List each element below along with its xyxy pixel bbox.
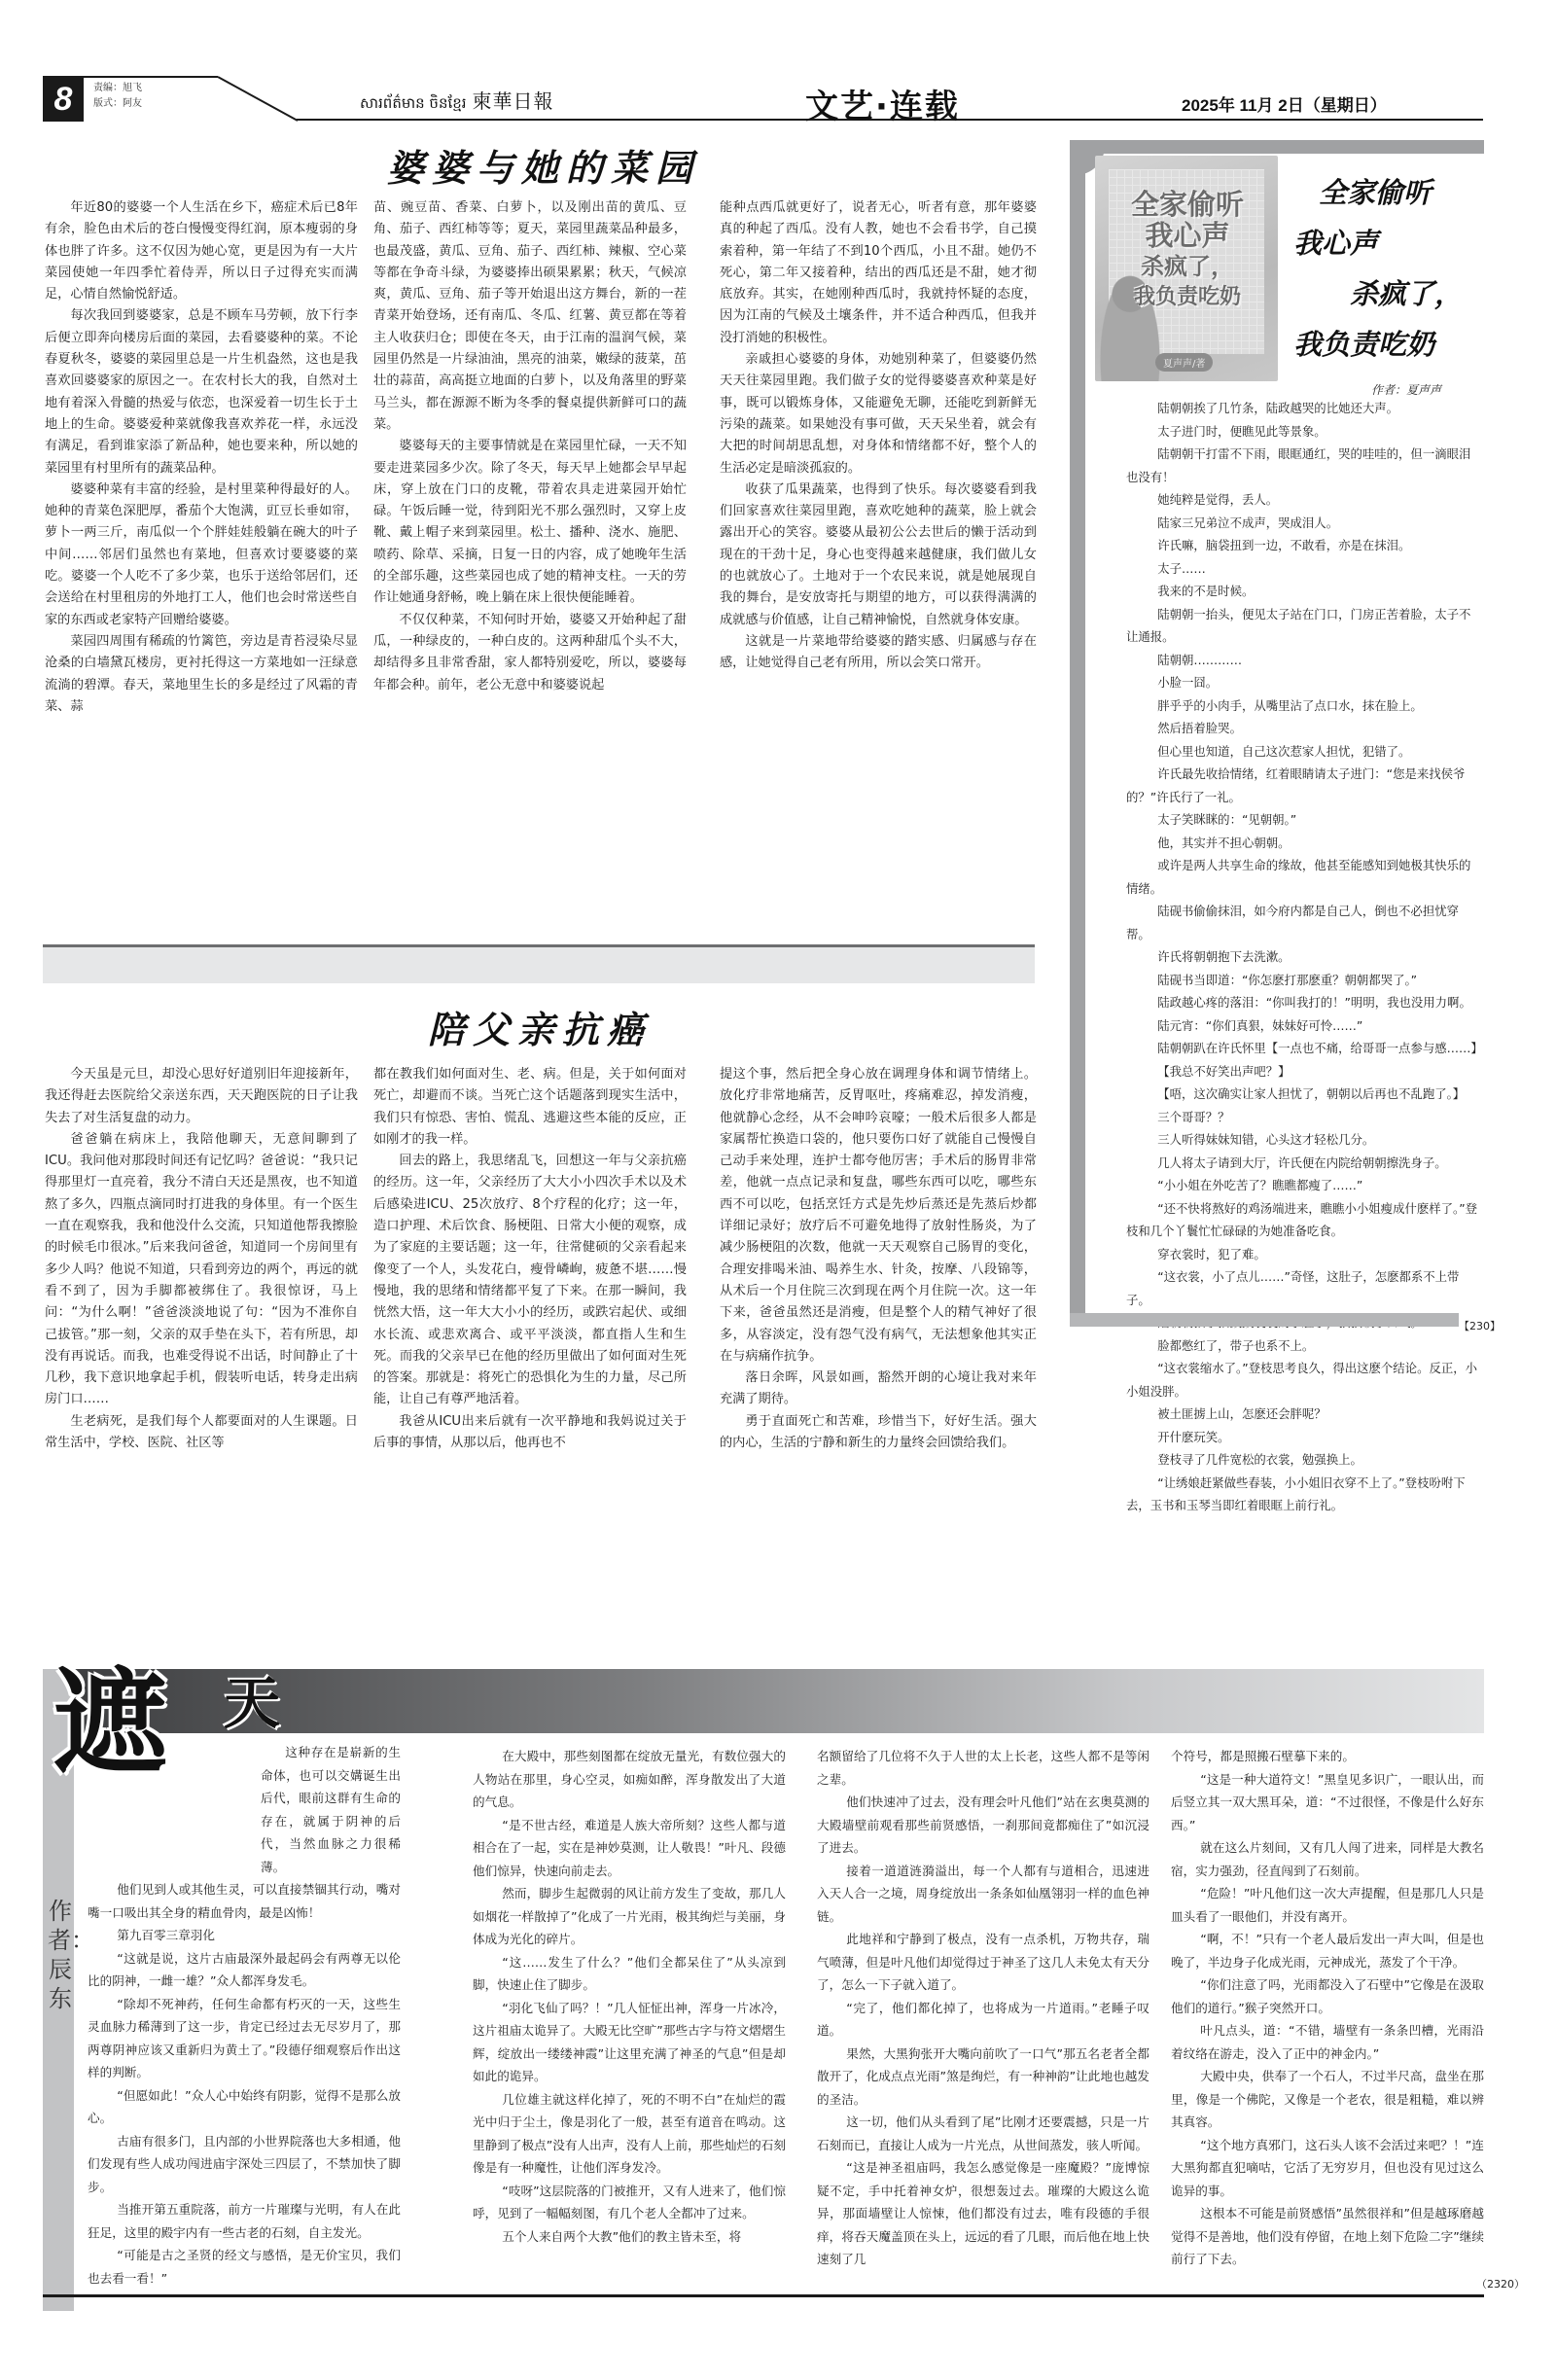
paragraph: 不仅仅种菜，不知何时开始，婆婆又开始种起了甜瓜，一种绿皮的，一种白皮的。这两种甜… [373,610,687,696]
serial-box-bottom-bar [1070,1313,1459,1327]
paragraph: 他们见到人或其他生灵，可以直接禁锢其行动，嘴对嘴一口吸出其全身的精血骨肉，最是凶… [88,1878,401,1924]
paragraph: “这是一种大道符文！”黑皇见多识广，一眼认出，而后竖立其一双大黑耳朵，道：“不过… [1171,1768,1484,1837]
zhetian-title-small: 天 [224,1657,280,1739]
serial-paragraph: 许氏最先收拾情绪，红着眼睛请太子进门：“您是来找侯爷的？”许氏行了一礼。 [1126,763,1478,808]
serial-paragraph: 太子进门时，便瞧见此等景象。 [1126,420,1478,444]
paragraph: “但愿如此！”众人心中始终有阴影，觉得不是那么放心。 [88,2084,401,2130]
masthead-slash-divider [216,76,303,123]
serial-paragraph: 陆朝朝挨了几竹条，陆政越哭的比她还大声。 [1126,397,1478,420]
paragraph: 我爸从ICU出来后就有一次平静地和我妈说过关于后事的事情，从那以后，他再也不 [373,1411,687,1455]
paragraph: “是不世古经，难道是人族大帝所刻？这些人都与道相合在了一起，实在是神妙莫测，让人… [473,1814,786,1883]
serial-paragraph: 三个哥哥？？ [1126,1106,1478,1129]
serial-paragraph: 太子…… [1126,557,1478,581]
section-title: 文艺·连载 [805,80,960,127]
paragraph: “吱呀”这层院落的门被推开，又有人进来了，他们惊呼，见到了一幅幅刻图，有几个老人… [473,2180,786,2225]
serial-paragraph: 陆元宵：“你们真狠，妹妹好可怜……” [1126,1014,1478,1038]
section-separator-bar [43,944,1035,983]
paragraph: 收获了瓜果蔬菜，也得到了快乐。每次婆婆看到我们回家喜欢往菜园里跑，喜欢吃她种的蔬… [720,480,1037,631]
serial-paragraph: 许氏嘛，脑袋扭到一边，不敢看，亦是在抹泪。 [1126,534,1478,557]
serial-paragraph: “这衣裳，小了点儿……”奇怪，这肚子，怎麽都系不上带子。 [1126,1265,1478,1311]
paragraph: 名额留给了几位将不久于人世的太上长老，这些人都不是等闲之辈。 [817,1745,1149,1791]
paragraph: 此地祥和宁静到了极点，没有一点杀机，万物共存，瑞气喷薄，但是叶凡他们却觉得过于神… [817,1928,1149,1997]
paragraph: “这是神圣祖庙吗，我怎么感觉像是一座魔殿？”庞博惊疑不定，手中托着神女炉，很想轰… [817,2156,1149,2271]
layout-label: 版式：阿友 [93,96,142,112]
paragraph: 个符号，都是照搬石壁摹下来的。 [1171,1745,1484,1768]
paragraph: “除却不死神药，任何生命都有朽灭的一天，这些生灵血脉力稀薄到了这一步，肯定已经过… [88,1993,401,2084]
paragraph: 果然，大黑狗张开大嘴向前吹了一口气”那五名老者全都散开了，化成点点光雨”煞是绚烂… [817,2043,1149,2112]
page-number: 8 [43,77,84,122]
paragraph: 爸爸躺在病床上，我陪他聊天，无意间聊到了ICU。我问他对那段时间还有记忆吗？爸爸… [45,1129,358,1411]
serial-paragraph: 陆朝朝一抬头，便见太子站在门口，门房正苦着脸，太子不让通报。 [1126,603,1478,649]
serial-paragraph: 三人听得妹妹知错，心头这才轻松几分。 [1126,1128,1478,1152]
article-column: 提这个事，然后把全身心放在调理身体和调节情绪上。放化疗非常地痛苦，反胃呕吐，疼痛… [720,1064,1037,1454]
article-column: 能种点西瓜就更好了，说者无心，听者有意，那年婆婆真的种起了西瓜。没有人教，她也不… [720,197,1037,675]
book-cover-image: 全家偷听 我心声 杀疯了， 我负责吃奶 夏声声/著 [1095,156,1278,381]
zhetian-column: 名额留给了几位将不久于人世的太上长老，这些人都不是等闲之辈。 他们快速冲了过去，… [817,1745,1149,2271]
paragraph: 年近80的婆婆一个人生活在乡下，癌症术后已8年有余，脸色由术后的苍白慢慢变得红润… [45,197,358,305]
paragraph: 能种点西瓜就更好了，说者无心，听者有意，那年婆婆真的种起了西瓜。没有人教，她也不… [720,197,1037,349]
zhetian-top-banner [74,1669,1484,1733]
serial-installment-number: 【230】 [1459,1318,1501,1333]
serial-paragraph: 我来的不是时候。 [1126,580,1478,603]
paragraph: 亲戚担心婆婆的身体，劝她别种菜了，但婆婆仍然天天往菜园里跑。我们做子女的觉得婆婆… [720,349,1037,480]
paragraph: 然而，脚步生起微弱的风让前方发生了变故，那几人如烟花一样散掉了”化成了一片光雨，… [473,1882,786,1951]
cover-author-badge: 夏声声/著 [1155,353,1213,372]
paragraph: 就在这么片刻间，又有几人闯了进来，同样是大教名宿，实力强劲，径直闯到了石刻前。 [1171,1836,1484,1882]
paragraph: 今天虽是元旦，却没心思好好道别旧年迎接新年，我还得赶去医院给父亲送东西，天天跑医… [45,1064,358,1129]
paragraph: “危险！”叶凡他们这一次大声提醒，但是那几人只是皿头看了一眼他们，并没有离开。 [1171,1882,1484,1928]
serial-paragraph: 几人将太子请到大厅，许氏便在内院给朝朝擦洗身子。 [1126,1152,1478,1175]
paragraph: 菜园四周围有稀疏的竹篱笆，旁边是青苔浸染尽显沧桑的白墙黛瓦楼房，更衬托得这一方菜… [45,631,358,718]
serial-paragraph: 【我总不好笑出声吧？】 [1126,1060,1478,1083]
paragraph: 接着一道道涟漪溢出，每一个人都有与道相合，迅速进入天人合一之境，周身绽放出一条条… [817,1860,1149,1929]
paragraph: “啊，不！”只有一个老人最后发出一声大叫，但是也晚了，半边身子化成光雨，元神成光… [1171,1928,1484,1973]
paragraph: 每次我回到婆婆家，总是不顾车马劳顿，放下行李后便立即奔向楼房后面的菜园，去看婆婆… [45,305,358,479]
serial-text: 陆朝朝挨了几竹条，陆政越哭的比她还大声。太子进门时，便瞧见此等景象。陆朝朝干打雷… [1126,397,1478,1517]
editor-credits: 责编：旭飞 版式：阿友 [93,81,142,112]
paragraph: 落日余晖，风景如画，豁然开朗的心境让我对来年充满了期待。 [720,1368,1037,1411]
paragraph: 大殿中央，供奉了一个石人，不过半尺高，盘坐在那里，像是一个佛陀，又像是一个老农，… [1171,2065,1484,2134]
serial-paragraph: “让绣娘赶紧做些春装，小小姐旧衣穿不上了。”登枝吩咐下去，玉书和玉琴当即红着眼眶… [1126,1472,1478,1517]
paragraph: 这就是一片菜地带给婆婆的踏实感、归属感与存在感，让她觉得自己老有所用，所以会笑口… [720,631,1037,675]
paragraph: 几位雄主就这样化掉了，死的不明不白”在灿烂的霞光中归于尘土，像是羽化了一般，甚至… [473,2088,786,2180]
zhetian-column: 这种存在是崭新的生命体，也可以交媾诞生出后代，眼前这群有生命的存在，就属于阴神的… [88,1741,401,2290]
paragraph: 第九百零三章羽化 [88,1924,401,1947]
article-column: 今天虽是元旦，却没心思好好道别旧年迎接新年，我还得赶去医院给父亲送东西，天天跑医… [45,1064,358,1454]
serial-paragraph: 太子笑眯眯的：“见朝朝。” [1126,808,1478,832]
serial-paragraph: 但心里也知道，自己这次惹家人担忧，犯错了。 [1126,740,1478,764]
serial-paragraph: “还不快将熬好的鸡汤端进来，瞧瞧小小姐瘦成什麽样了。”登枝和几个丫鬟忙忙碌碌的为… [1126,1197,1478,1243]
paragraph: 婆婆种菜有丰富的经验，是村里菜种得最好的人。她种的青菜色深肥厚，番茄个大饱满，豇… [45,480,358,631]
paragraph: “完了，他们都化掉了，也将成为一片道雨。”老睡子叹道。 [817,1997,1149,2043]
paragraph: “羽化飞仙了吗？！”几人怔怔出神，浑身一片冰冷，这片祖庙太诡异了。大殿无比空旷”… [473,1997,786,2088]
serial-box-left-bar [1070,140,1085,1327]
zhetian-bottom-rule [43,2294,1484,2297]
serial-paragraph: 陆朝朝………… [1126,649,1478,672]
serial-paragraph: 登枝寻了几件宽松的衣裳，勉强换上。 [1126,1448,1478,1472]
newspaper-name-khmer: សារព័ត៌មាន ចិនខ្មែរ [360,94,467,112]
serial-paragraph: 脸都憋红了，带子也系不上。 [1126,1334,1478,1358]
serial-paragraph: 然后捂着脸哭。 [1126,717,1478,740]
paragraph: 这根本不可能是前贤感悟”虽然很祥和”但是越琢磨越觉得不是善地，他们没有停留，在地… [1171,2202,1484,2271]
article-column: 苗、豌豆苗、香菜、白萝卜，以及刚出苗的黄瓜、豆角、茄子、西红柿等等；夏天，菜园里… [373,197,687,696]
newspaper-name: សារព័ត៌មាន ចិនខ្មែរ柬華日報 [360,86,554,116]
serial-box-top-bar [1070,140,1484,154]
serial-paragraph: 陆朝朝趴在许氏怀里【一点也不痛，给哥哥一点参与感……】 [1126,1037,1478,1060]
paragraph: 五个人来自两个大教”他们的教主皆未至，将 [473,2225,786,2249]
publication-date: 2025年 11月 2日（星期日） [1182,91,1387,116]
article-column: 都在教我们如何面对生、老、病。但是，关于如何面对死亡，却避而不谈。当死亡这个话题… [373,1064,687,1454]
paragraph: 这种存在是崭新的生命体，也可以交媾诞生出后代，眼前这群有生命的存在，就属于阴神的… [261,1741,401,1878]
serial-paragraph: “这衣裳缩水了。”登枝思考良久，得出这麽个结论。反正，小小姐没胖。 [1126,1357,1478,1403]
article-title: 婆婆与她的菜园 [387,138,700,192]
serial-paragraph: 陆砚书偷偷抹泪，如今府内都是自己人，倒也不必担忧穿帮。 [1126,900,1478,945]
paragraph: “这个地方真邪门，这石头人该不会活过来吧？！”连大黑狗都直犯嘀咕，它活了无穷岁月… [1171,2134,1484,2203]
paragraph: “这就是说，这片古庙最深外最起码会有两尊无以伦比的阴神，一雌一雄？”众人都浑身发… [88,1947,401,1993]
serial-paragraph: 或许是两人共享生命的缘故，他甚至能感知到她极其快乐的情绪。 [1126,854,1478,900]
paragraph: 叶凡点头，道：“不错，墙壁有一条条凹槽，光雨沿着纹络在游走，没入了正中的神金内。… [1171,2019,1484,2065]
paragraph: 勇于直面死亡和苦难，珍惜当下，好好生活。强大的内心，生活的宁静和新生的力量终会回… [720,1411,1037,1455]
paragraph: 提这个事，然后把全身心放在调理身体和调节情绪上。放化疗非常地痛苦，反胃呕吐，疼痛… [720,1064,1037,1368]
serial-paragraph: 他，其实并不担心朝朝。 [1126,832,1478,855]
paragraph: 都在教我们如何面对生、老、病。但是，关于如何面对死亡，却避而不谈。当死亡这个话题… [373,1064,687,1151]
paragraph: “你们注意了吗，光雨都没入了石壁中”它像是在汲取他们的道行。”猴子突然开口。 [1171,1973,1484,2019]
serial-paragraph: 胖乎乎的小肉手，从嘴里沾了点口水，抹在脸上。 [1126,694,1478,718]
newspaper-name-chinese: 柬華日報 [473,89,554,113]
paragraph: 这一切，他们从头看到了尾”比刚才还要震撼，只是一片石刻而已，直接让人成为一片光点… [817,2111,1149,2156]
serial-paragraph: 被土匪掳上山，怎麽还会胖呢？ [1126,1403,1478,1426]
serial-paragraph: 陆朝朝干打雷不下雨，眼眶通红，哭的哇哇的，但一滴眼泪也没有！ [1126,443,1478,488]
serial-paragraph: 许氏将朝朝抱下去洗漱。 [1126,945,1478,969]
paragraph: 回去的路上，我思绪乱飞，回想这一年与父亲抗癌的经历。这一年，父亲经历了大大小小四… [373,1151,687,1411]
paragraph: 在大殿中，那些刻图都在绽放无量光，有数位强大的人物站在那里，身心空灵，如痴如醉，… [473,1745,786,1814]
serial-title: 全家偷听 我心声 杀疯了， 我负责吃奶 [1293,167,1488,370]
serial-paragraph: 陆家三兄弟泣不成声，哭成泪人。 [1126,512,1478,535]
article-column: 年近80的婆婆一个人生活在乡下，癌症术后已8年有余，脸色由术后的苍白慢慢变得红润… [45,197,358,718]
zhetian-column: 在大殿中，那些刻图都在绽放无量光，有数位强大的人物站在那里，身心空灵，如痴如醉，… [473,1745,786,2248]
article-title: 陪父亲抗癌 [428,1000,652,1053]
zhetian-column: 个符号，都是照搬石壁摹下来的。 “这是一种大道符文！”黑皇见多识广，一眼认出，而… [1171,1745,1484,2271]
paragraph: 当推开第五重院落，前方一片璀璨与光明，有人在此狂足，这里的殿宇内有一些古老的石刻… [88,2198,401,2244]
paragraph: 苗、豌豆苗、香菜、白萝卜，以及刚出苗的黄瓜、豆角、茄子、西红柿等等；夏天，菜园里… [373,197,687,436]
serial-paragraph: 【唔，这次确实让家人担忧了，朝朝以后再也不乱跑了。】 [1126,1083,1478,1106]
serial-paragraph: 她纯粹是觉得，丢人。 [1126,488,1478,512]
paragraph: “可能是古之圣贤的经文与感悟，是无价宝贝，我们也去看一看！” [88,2244,401,2290]
serial-author: 作者：夏声声 [1371,381,1441,398]
serial-paragraph: 小脸一囧。 [1126,671,1478,694]
serial-paragraph: 穿衣裳时，犯了难。 [1126,1243,1478,1266]
serial-paragraph: 开什麽玩笑。 [1126,1426,1478,1449]
zhetian-installment-number: （2320） [1476,2276,1525,2291]
zhetian-author: 作者：辰东 [48,1897,73,2013]
cover-title: 全家偷听 我心声 杀疯了， 我负责吃奶 [1105,189,1270,313]
editor-label: 责编：旭飞 [93,81,142,96]
serial-paragraph: 陆砚书当即道：“你怎麽打那麽重？朝朝都哭了。” [1126,969,1478,992]
paragraph: “这……发生了什么？”他们全都呆住了”从头凉到脚，快速止住了脚步。 [473,1951,786,1997]
paragraph: 生老病死，是我们每个人都要面对的人生课题。日常生活中，学校、医院、社区等 [45,1411,358,1455]
paragraph: 古庙有很多门，且内部的小世界院落也大多相通，他们发现有些人成功闯进庙宇深处三四层… [88,2130,401,2199]
serial-paragraph: 陆政越心疼的落泪：“你叫我打的！”明明，我也没用力啊。 [1126,991,1478,1014]
serial-paragraph: “小小姐在外吃苦了？瞧瞧都瘦了……” [1126,1174,1478,1197]
paragraph: 他们快速冲了过去，没有理会叶凡他们”站在玄奥莫测的大殿墙壁前观看那些前贤感悟，一… [817,1791,1149,1860]
paragraph: 婆婆每天的主要事情就是在菜园里忙碌，一天不知要走进菜园多少次。除了冬天，每天早上… [373,436,687,609]
